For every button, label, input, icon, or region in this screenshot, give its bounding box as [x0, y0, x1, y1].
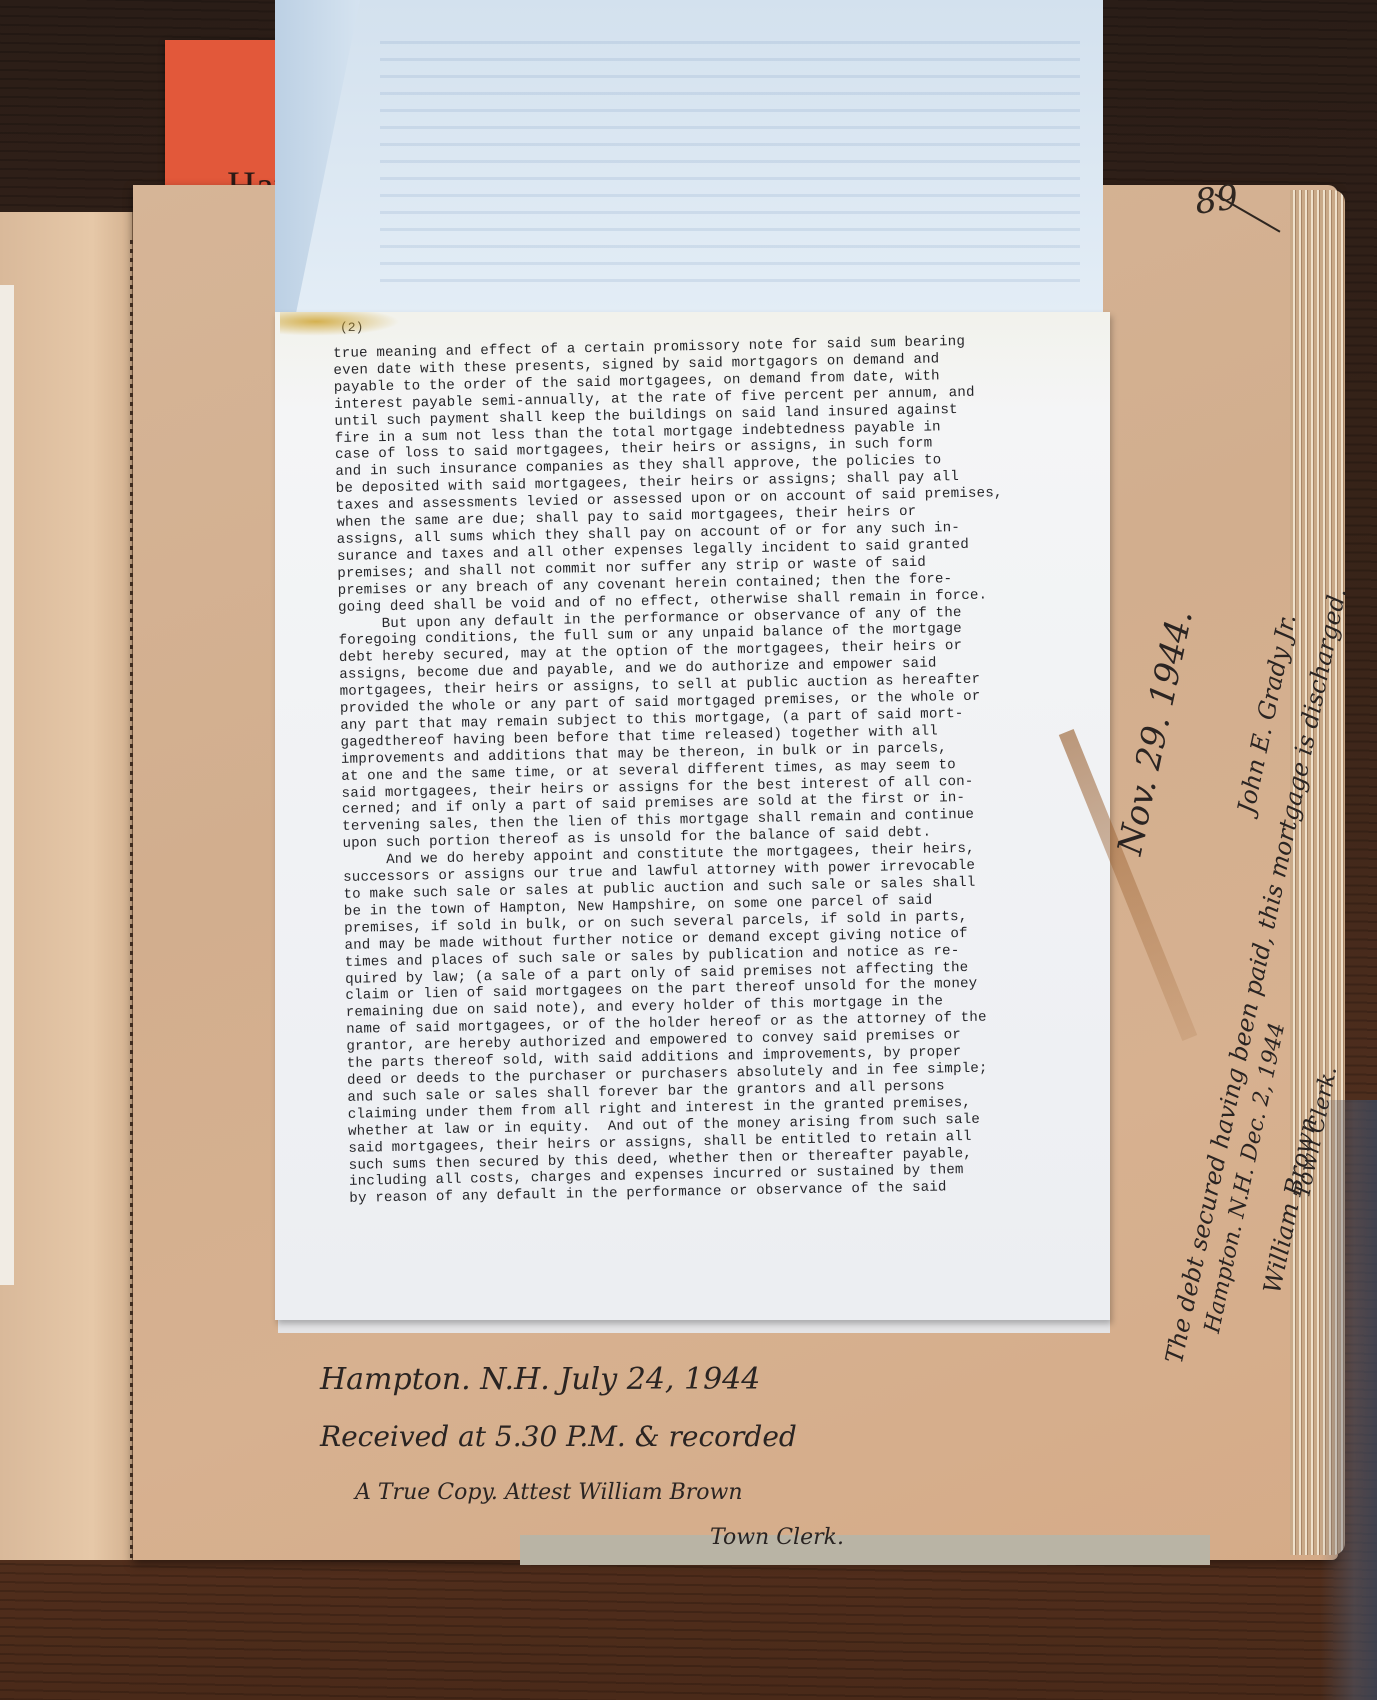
recording-note-attest: A True Copy. Attest William Brown	[355, 1480, 743, 1505]
loose-sheet-under-book	[520, 1535, 1210, 1565]
book-spine-stitching	[130, 240, 133, 1560]
recording-note-clerk-title: Town Clerk.	[710, 1525, 844, 1550]
left-book-page	[0, 212, 134, 1560]
page-number: 89	[1192, 177, 1240, 223]
blue-sheet-show-through-text	[380, 30, 1080, 290]
left-page-insert	[0, 285, 14, 1285]
typed-body: true meaning and effect of a certain pro…	[333, 331, 1109, 1208]
foreground-shadow	[1320, 1100, 1377, 1700]
sheet-stack-edge	[278, 1318, 1110, 1333]
recording-note-received: Received at 5.30 P.M. & recorded	[320, 1420, 797, 1453]
age-stain	[280, 312, 400, 336]
recording-note-place-date: Hampton. N.H. July 24, 1944	[320, 1362, 760, 1397]
typed-mortgage-page: (2) true meaning and effect of a certain…	[275, 312, 1110, 1320]
